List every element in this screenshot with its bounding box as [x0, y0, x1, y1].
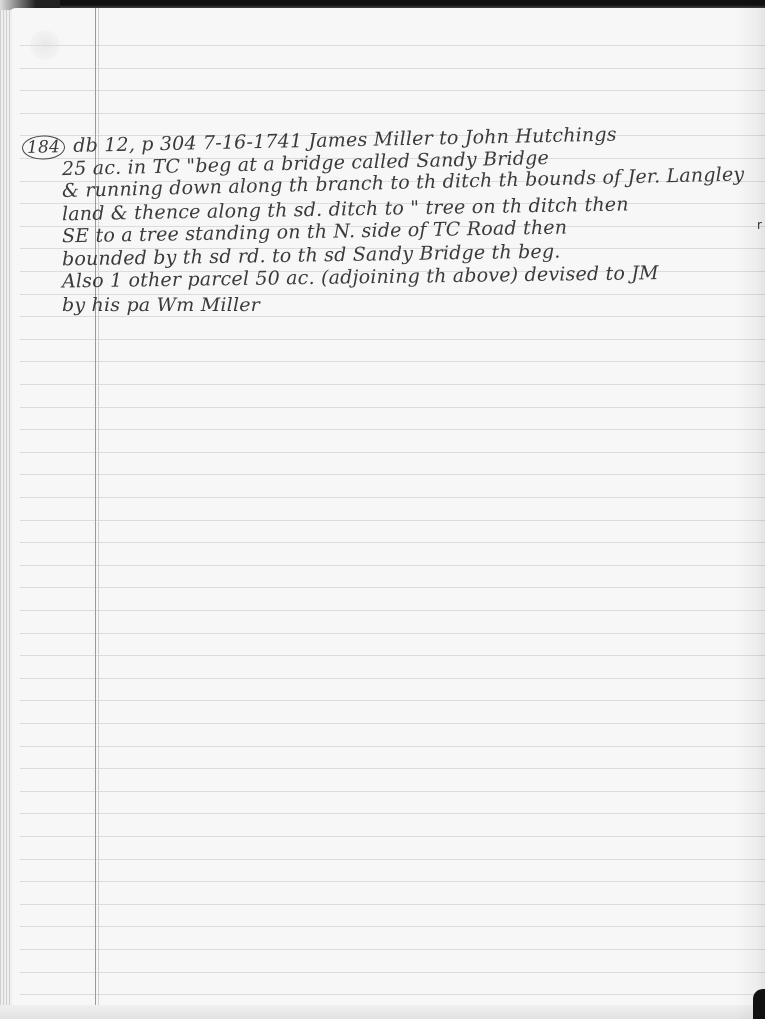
ruled-line: [20, 68, 765, 69]
ruled-line: [20, 474, 765, 475]
ruled-line: [20, 700, 765, 701]
ruled-line: [20, 316, 765, 317]
ruled-line: [20, 859, 765, 860]
ruled-line: [20, 610, 765, 611]
ruled-line: [20, 90, 765, 91]
ruled-line: [20, 768, 765, 769]
ruled-line: [20, 633, 765, 634]
handwritten-entry: 184 db 12, p 304 7-16-1741 James Miller …: [22, 136, 762, 316]
entry-number-circle: 184: [22, 135, 66, 160]
ruled-line: [20, 113, 765, 114]
page-stack-bottom: [0, 1005, 765, 1019]
entry-line-8: by his pa Wm Miller: [22, 294, 762, 317]
ruled-line: [20, 587, 765, 588]
ruled-line: [20, 972, 765, 973]
ruled-line: [20, 339, 765, 340]
ruled-line: [20, 926, 765, 927]
scanned-page: 184 db 12, p 304 7-16-1741 James Miller …: [0, 0, 765, 1019]
ruled-line: [20, 407, 765, 408]
ruled-line: [20, 723, 765, 724]
ruled-line: [20, 949, 765, 950]
ruled-line: [20, 45, 765, 46]
ruled-line: [20, 904, 765, 905]
ruled-line: [20, 791, 765, 792]
ruled-line: [20, 520, 765, 521]
scan-corner: [753, 989, 765, 1019]
page-stack-edge: [0, 10, 12, 1019]
ruled-line: [20, 384, 765, 385]
ruled-line: [20, 542, 765, 543]
ruled-line: [20, 746, 765, 747]
ruled-line: [20, 813, 765, 814]
entry-text: by his pa Wm Miller: [62, 294, 260, 316]
ruled-line: [20, 881, 765, 882]
ruled-line: [20, 565, 765, 566]
ruled-line: [20, 678, 765, 679]
scan-edge-shadow: [60, 0, 765, 8]
ruled-line: [20, 497, 765, 498]
ruled-line: [20, 429, 765, 430]
ruled-line: [20, 655, 765, 656]
ruled-line: [20, 836, 765, 837]
page-curl-shadow: [735, 0, 765, 1019]
ruled-line: [20, 361, 765, 362]
ruled-line: [20, 994, 765, 995]
ruled-line: [20, 452, 765, 453]
